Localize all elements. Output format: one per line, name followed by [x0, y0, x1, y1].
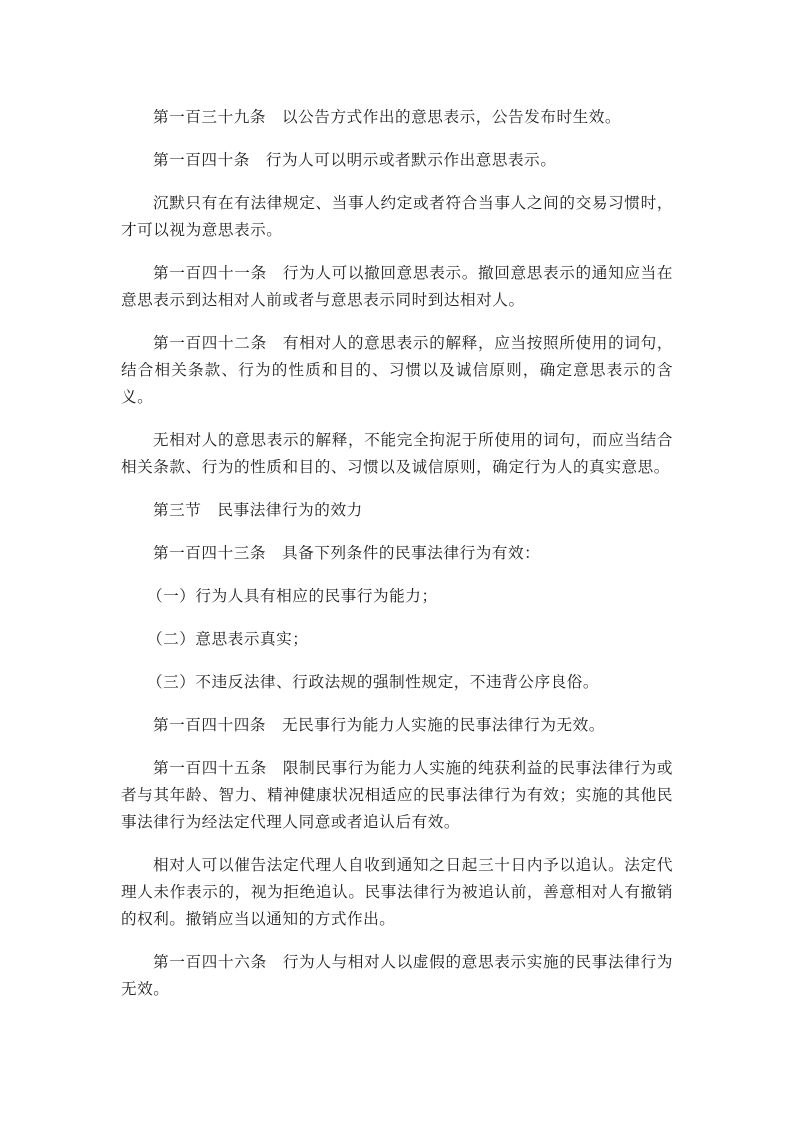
article-text: 无民事行为能力人实施的民事法律行为无效。	[282, 716, 605, 734]
body-paragraph: 无相对人的意思表示的解释，不能完全拘泥于所使用的词句，而应当结合相关条款、行为的…	[121, 427, 673, 481]
list-item: （三）不违反法律、行政法规的强制性规定，不违背公序良俗。	[121, 669, 673, 696]
article-text: 具备下列条件的民事法律行为有效：	[282, 544, 540, 562]
list-item: （二）意思表示真实；	[121, 626, 673, 653]
article-141: 第一百四十一条行为人可以撤回意思表示。撤回意思表示的通知应当在意思表示到达相对人…	[121, 260, 673, 314]
article-140: 第一百四十条行为人可以明示或者默示作出意思表示。	[121, 147, 673, 174]
article-144: 第一百四十四条无民事行为能力人实施的民事法律行为无效。	[121, 712, 673, 739]
section-title: 民事法律行为的效力	[217, 501, 362, 519]
body-paragraph: 沉默只有在有法律规定、当事人约定或者符合当事人之间的交易习惯时，才可以视为意思表…	[121, 190, 673, 244]
article-number: 第一百四十一条	[153, 264, 267, 282]
list-item: （一）行为人具有相应的民事行为能力；	[121, 583, 673, 610]
article-139: 第一百三十九条以公告方式作出的意思表示，公告发布时生效。	[121, 104, 673, 131]
section-number: 第三节	[153, 501, 201, 519]
article-number: 第一百四十条	[153, 151, 250, 169]
article-number: 第一百四十三条	[153, 544, 266, 562]
section-heading: 第三节民事法律行为的效力	[121, 497, 673, 524]
article-text: 以公告方式作出的意思表示，公告发布时生效。	[282, 108, 621, 126]
article-143: 第一百四十三条具备下列条件的民事法律行为有效：	[121, 540, 673, 567]
body-paragraph: 相对人可以催告法定代理人自收到通知之日起三十日内予以追认。法定代理人未作表示的，…	[121, 852, 673, 933]
document-page: 第一百三十九条以公告方式作出的意思表示，公告发布时生效。 第一百四十条行为人可以…	[121, 104, 673, 1019]
article-146: 第一百四十六条行为人与相对人以虚假的意思表示实施的民事法律行为无效。	[121, 949, 673, 1003]
article-142: 第一百四十二条有相对人的意思表示的解释，应当按照所使用的词句，结合相关条款、行为…	[121, 330, 673, 411]
article-145: 第一百四十五条限制民事行为能力人实施的纯获利益的民事法律行为或者与其年龄、智力、…	[121, 755, 673, 836]
article-number: 第一百三十九条	[153, 108, 266, 126]
article-number: 第一百四十二条	[153, 334, 267, 352]
article-number: 第一百四十五条	[153, 759, 267, 777]
article-number: 第一百四十四条	[153, 716, 266, 734]
article-number: 第一百四十六条	[153, 953, 267, 971]
article-text: 行为人可以明示或者默示作出意思表示。	[266, 151, 557, 169]
